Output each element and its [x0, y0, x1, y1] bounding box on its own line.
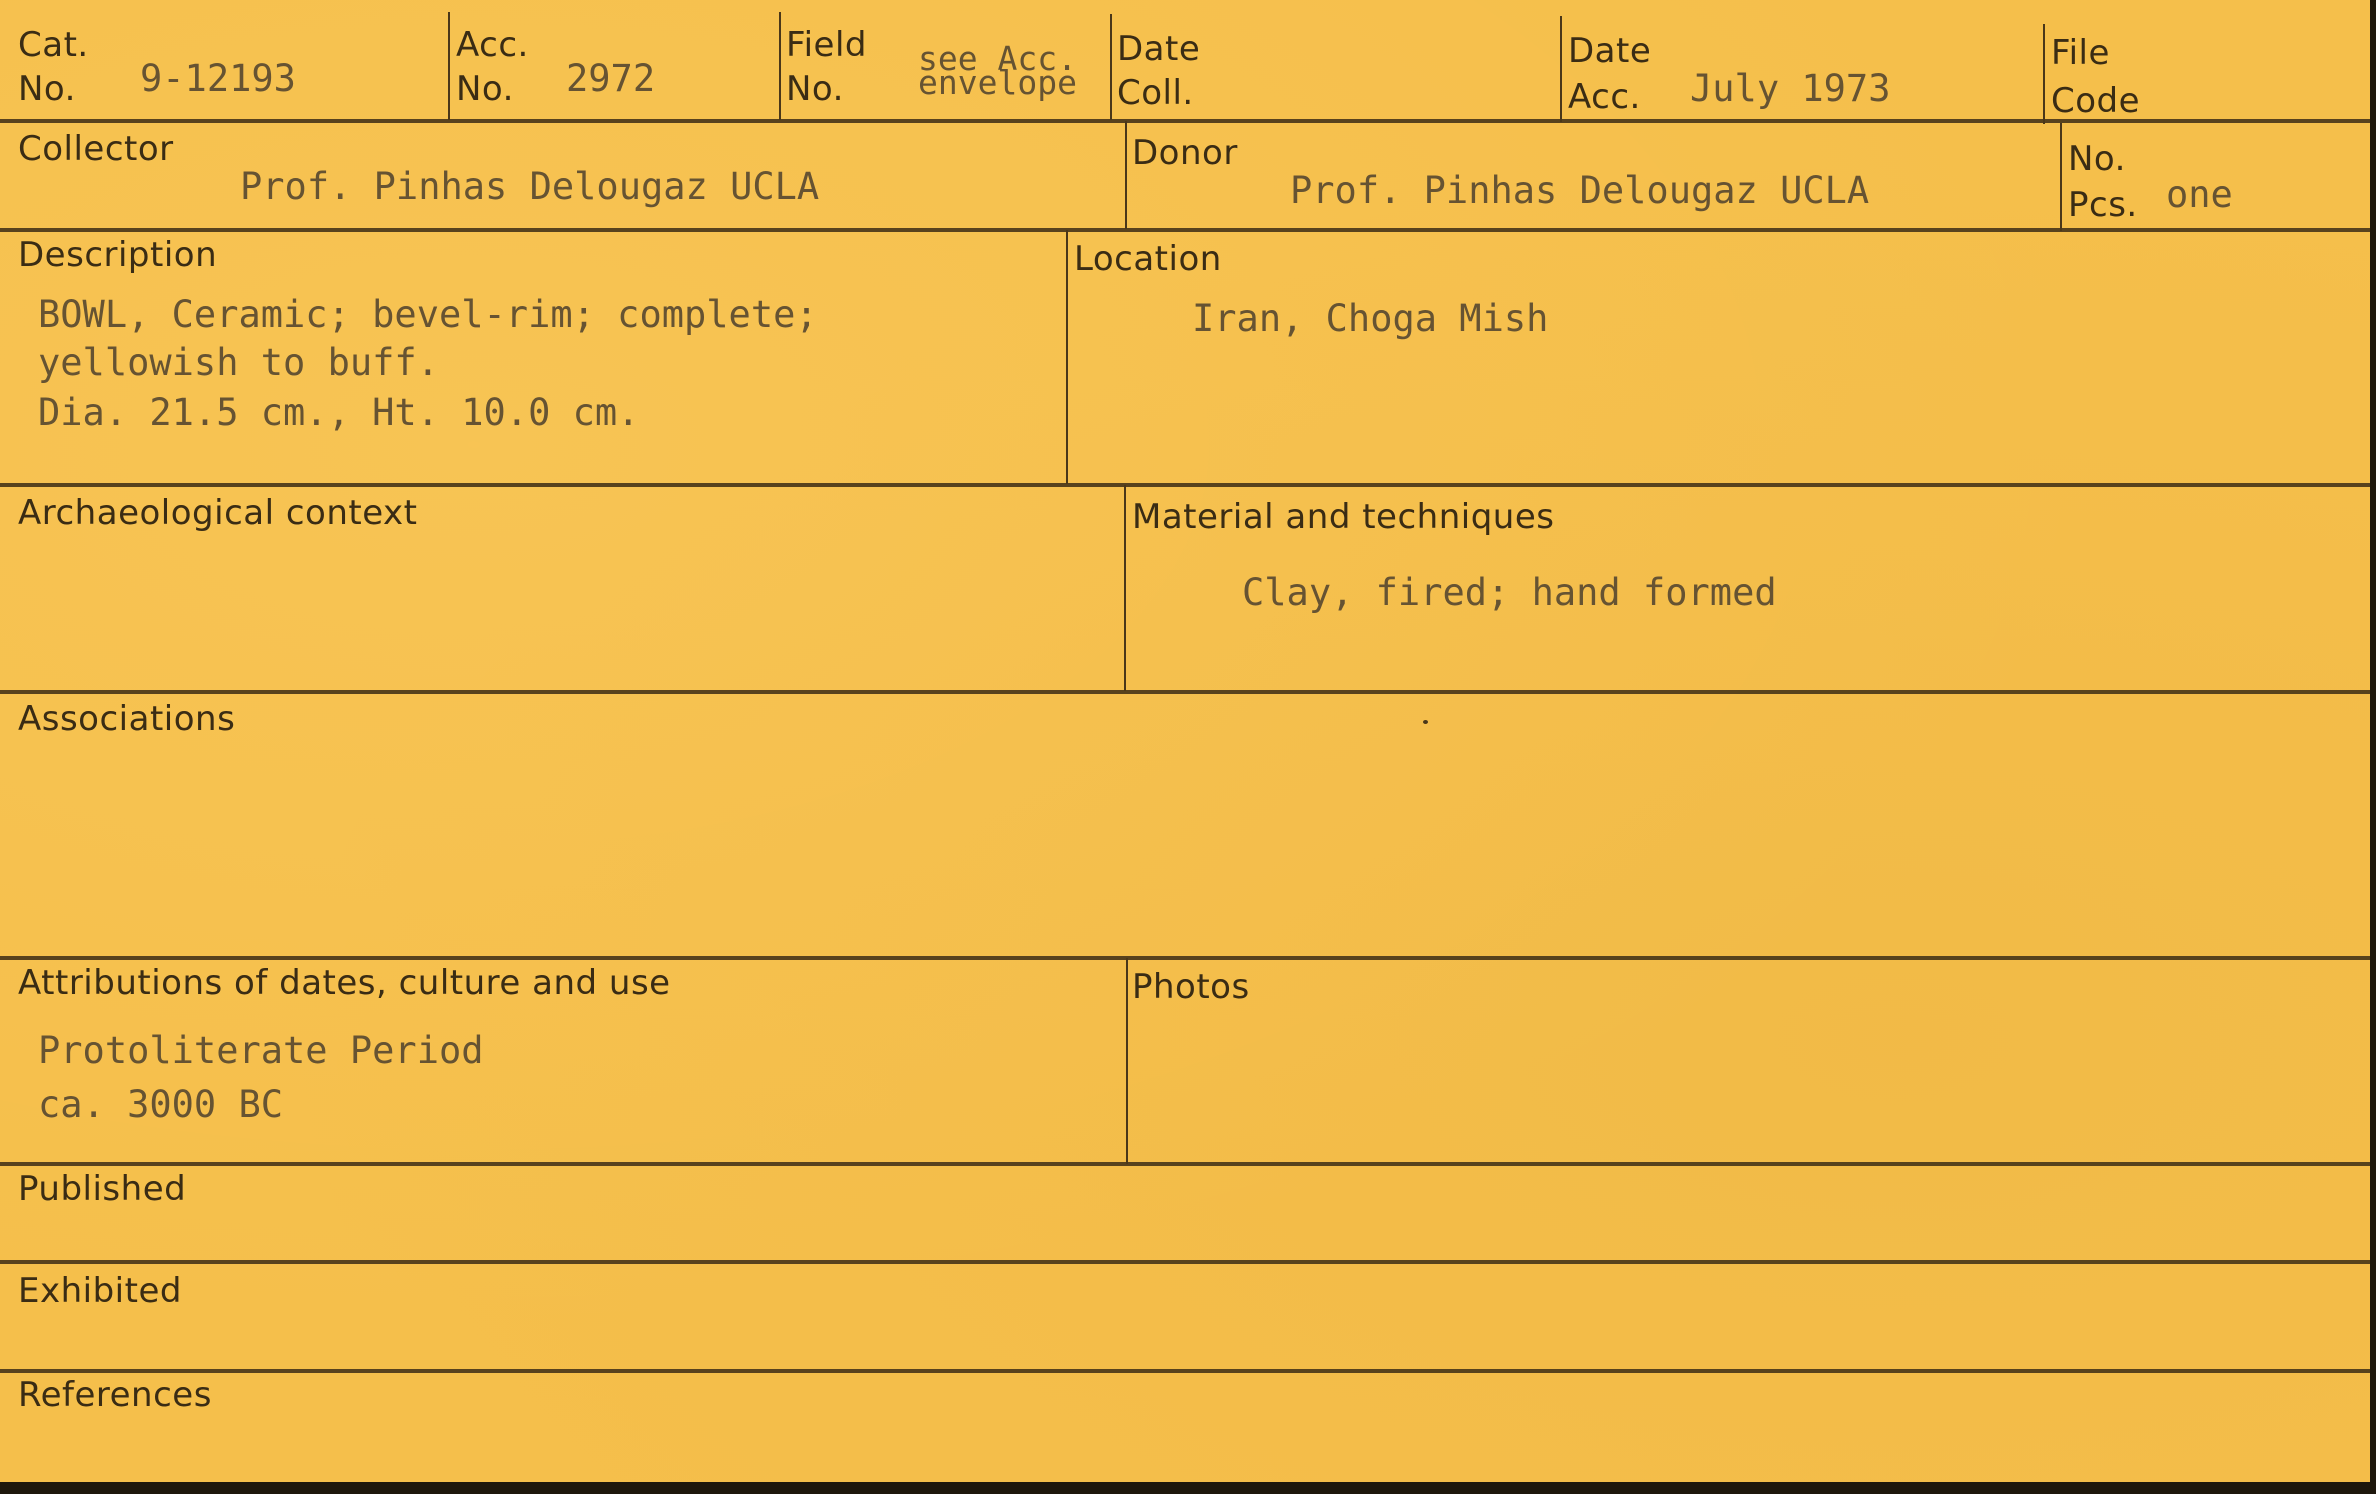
collector-label: Collector	[18, 132, 174, 166]
field-no-value-line2: envelope	[918, 66, 1077, 99]
date-acc-value: July 1973	[1690, 70, 1890, 107]
col-divider-material	[1124, 485, 1126, 691]
location-value: Iran, Choga Mish	[1192, 300, 1548, 337]
col-divider-acc	[448, 12, 450, 120]
attributions-label: Attributions of dates, culture and use	[18, 966, 671, 1000]
col-divider-date-acc	[1560, 16, 1562, 122]
col-divider-file-code	[2043, 24, 2045, 124]
material-techniques-value: Clay, fired; hand formed	[1242, 574, 1777, 611]
date-acc-label-line1: Date	[1568, 34, 1651, 68]
collector-value: Prof. Pinhas Delougaz UCLA	[240, 168, 819, 205]
col-divider-date-coll	[1110, 14, 1112, 120]
row-divider-header	[0, 119, 2370, 123]
row-divider-collector	[0, 228, 2370, 232]
acc-no-value: 2972	[566, 60, 655, 97]
date-acc-label-line2: Acc.	[1568, 80, 1641, 114]
row-divider-published	[0, 1260, 2370, 1264]
cat-no-value: 9-12193	[140, 60, 296, 97]
col-divider-field	[779, 12, 781, 120]
archaeological-context-label: Archaeological context	[18, 496, 418, 530]
donor-label: Donor	[1132, 136, 1238, 170]
date-coll-label-line2: Coll.	[1117, 76, 1194, 110]
description-line-1: BOWL, Ceramic; bevel-rim; complete;	[38, 296, 818, 333]
row-divider-description	[0, 483, 2370, 487]
no-pcs-value: one	[2166, 176, 2233, 213]
no-pcs-label-line2: Pcs.	[2068, 188, 2138, 222]
field-no-label-line1: Field	[786, 28, 867, 62]
row-divider-associations	[0, 956, 2370, 960]
col-divider-location	[1066, 230, 1068, 484]
paper-speck	[1423, 720, 1428, 724]
attributions-line-2: ca. 3000 BC	[38, 1086, 283, 1123]
row-divider-attributions	[0, 1162, 2370, 1166]
attributions-line-1: Protoliterate Period	[38, 1032, 484, 1069]
associations-label: Associations	[18, 702, 235, 736]
description-line-2: yellowish to buff.	[38, 344, 439, 381]
references-label: References	[18, 1378, 212, 1412]
photos-label: Photos	[1132, 970, 1250, 1004]
file-code-label-line2: Code	[2051, 84, 2140, 118]
date-coll-label-line1: Date	[1117, 32, 1200, 66]
no-pcs-label-line1: No.	[2068, 142, 2126, 176]
acc-no-label-line2: No.	[456, 72, 514, 106]
acc-no-label-line1: Acc.	[456, 28, 529, 62]
row-divider-exhibited	[0, 1369, 2370, 1373]
description-line-3: Dia. 21.5 cm., Ht. 10.0 cm.	[38, 394, 639, 431]
col-divider-no-pcs	[2060, 123, 2062, 231]
material-techniques-label: Material and techniques	[1132, 500, 1554, 534]
donor-value: Prof. Pinhas Delougaz UCLA	[1290, 172, 1869, 209]
cat-no-label-line1: Cat.	[18, 28, 89, 62]
cat-no-label-line2: No.	[18, 72, 76, 106]
catalog-card: Cat. No. 9-12193 Acc. No. 2972 Field No.…	[0, 0, 2370, 1482]
file-code-label-line1: File	[2051, 36, 2110, 70]
col-divider-donor	[1125, 121, 1127, 229]
col-divider-photos	[1126, 958, 1128, 1164]
location-label: Location	[1074, 242, 1222, 276]
description-label: Description	[18, 238, 217, 272]
row-divider-context	[0, 690, 2370, 694]
exhibited-label: Exhibited	[18, 1274, 182, 1308]
field-no-label-line2: No.	[786, 72, 844, 106]
published-label: Published	[18, 1172, 186, 1206]
